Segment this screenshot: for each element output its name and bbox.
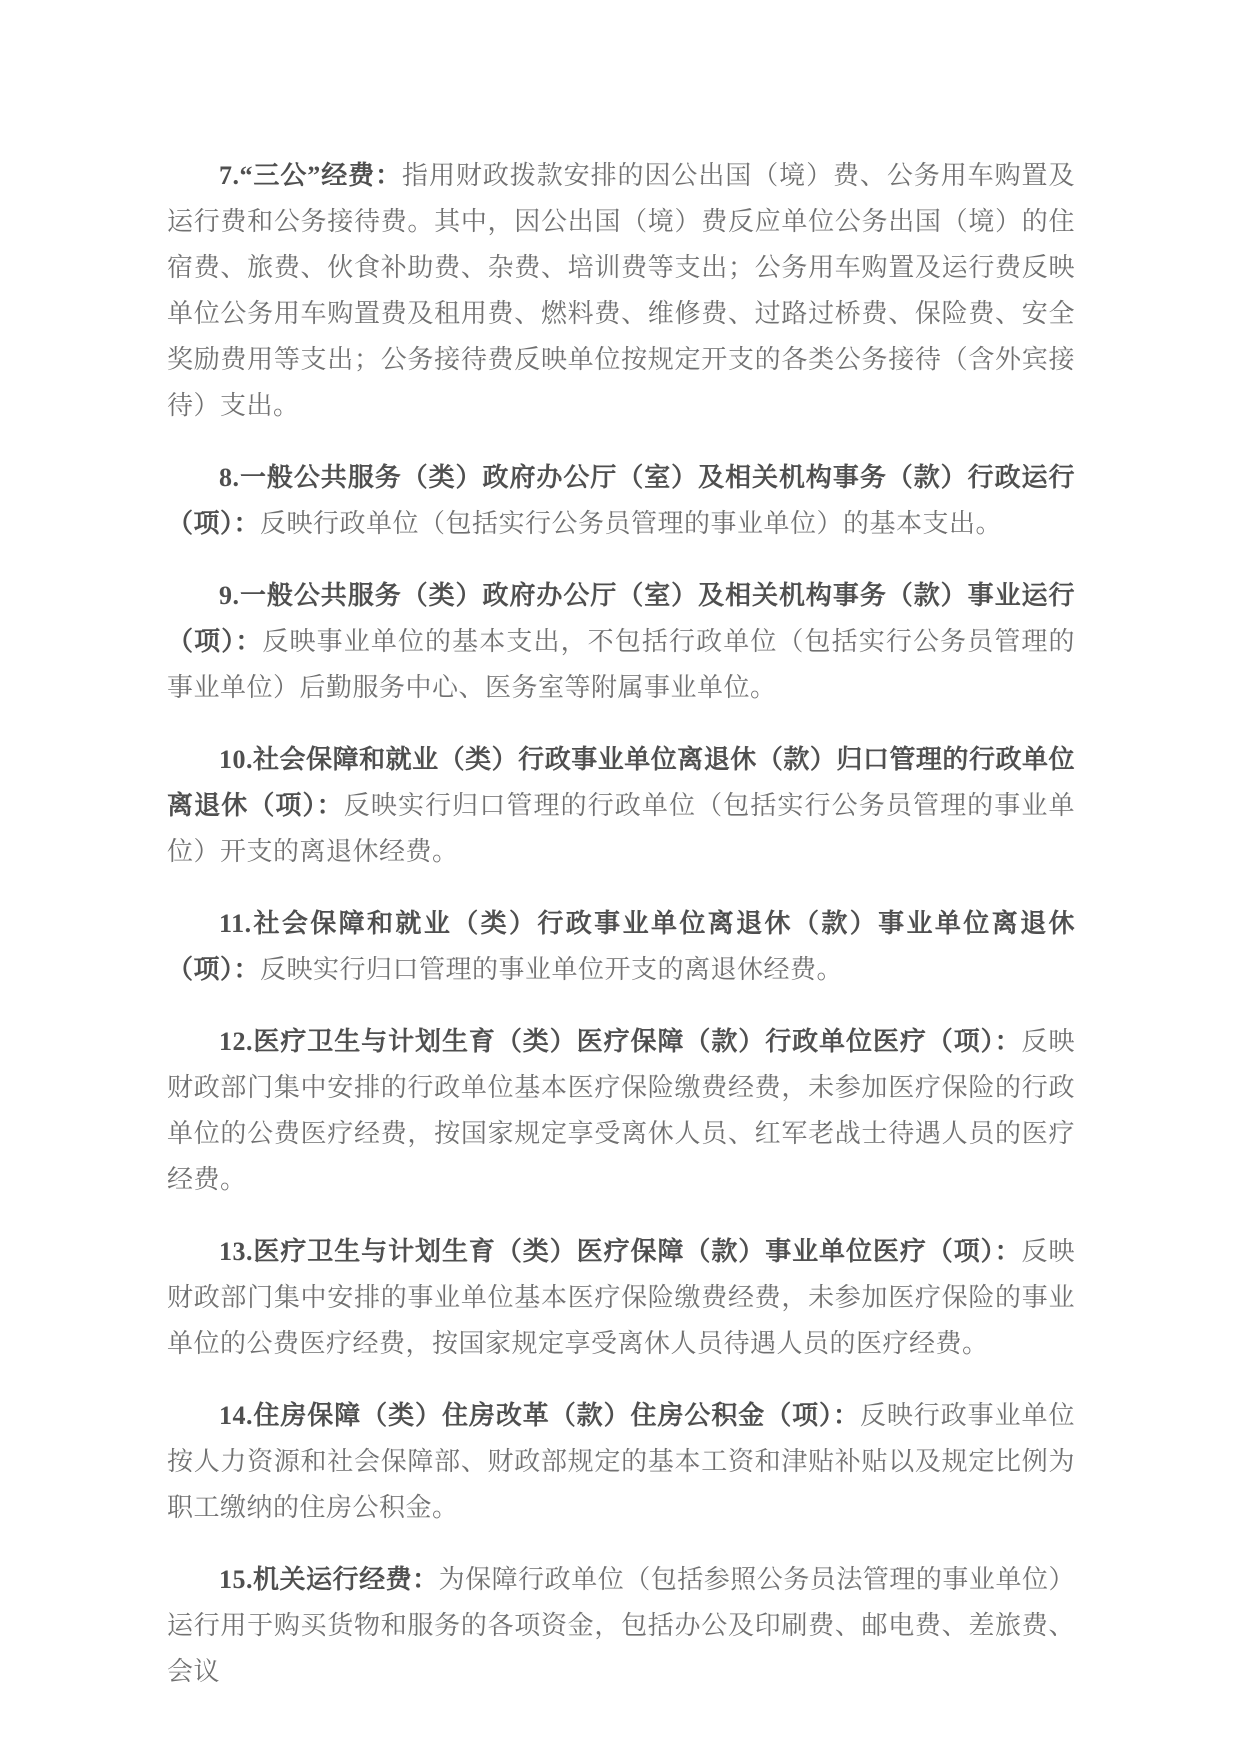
paragraph-item-10: 10.社会保障和就业（类）行政事业单位离退休（款）归口管理的行政单位离退休（项）… <box>167 737 1075 875</box>
paragraph-item-7: 7.“三公”经费：指用财政拨款安排的因公出国（境）费、公务用车购置及运行费和公务… <box>167 153 1075 429</box>
paragraph-item-15: 15.机关运行经费：为保障行政单位（包括参照公务员法管理的事业单位）运行用于购买… <box>167 1557 1075 1695</box>
document-page: 7.“三公”经费：指用财政拨款安排的因公出国（境）费、公务用车购置及运行费和公务… <box>0 0 1241 1754</box>
paragraph-item-13: 13.医疗卫生与计划生育（类）医疗保障（款）事业单位医疗（项）：反映财政部门集中… <box>167 1229 1075 1367</box>
term-label: 13.医疗卫生与计划生育（类）医疗保障（款）事业单位医疗（项）： <box>219 1237 1022 1266</box>
document-content: 7.“三公”经费：指用财政拨款安排的因公出国（境）费、公务用车购置及运行费和公务… <box>0 0 1241 1695</box>
term-definition: 反映实行归口管理的事业单位开支的离退休经费。 <box>260 955 843 984</box>
paragraph-item-8: 8.一般公共服务（类）政府办公厅（室）及相关机构事务（款）行政运行（项）：反映行… <box>167 455 1075 547</box>
paragraph-item-12: 12.医疗卫生与计划生育（类）医疗保障（款）行政单位医疗（项）：反映财政部门集中… <box>167 1019 1075 1203</box>
term-label: 12.医疗卫生与计划生育（类）医疗保障（款）行政单位医疗（项）： <box>219 1027 1022 1056</box>
term-label: 14.住房保障（类）住房改革（款）住房公积金（项）： <box>219 1401 860 1430</box>
term-definition: 指用财政拨款安排的因公出国（境）费、公务用车购置及运行费和公务接待费。其中，因公… <box>167 161 1075 420</box>
paragraph-item-14: 14.住房保障（类）住房改革（款）住房公积金（项）：反映行政事业单位按人力资源和… <box>167 1393 1075 1531</box>
term-label: 7.“三公”经费： <box>219 161 402 190</box>
paragraph-item-11: 11.社会保障和就业（类）行政事业单位离退休（款）事业单位离退休（项）：反映实行… <box>167 901 1075 993</box>
term-label: 15.机关运行经费： <box>219 1565 439 1594</box>
term-definition: 反映行政单位（包括实行公务员管理的事业单位）的基本支出。 <box>260 509 1002 538</box>
term-definition: 反映事业单位的基本支出，不包括行政单位（包括实行公务员管理的事业单位）后勤服务中… <box>167 627 1075 702</box>
paragraph-item-9: 9.一般公共服务（类）政府办公厅（室）及相关机构事务（款）事业运行（项）：反映事… <box>167 573 1075 711</box>
